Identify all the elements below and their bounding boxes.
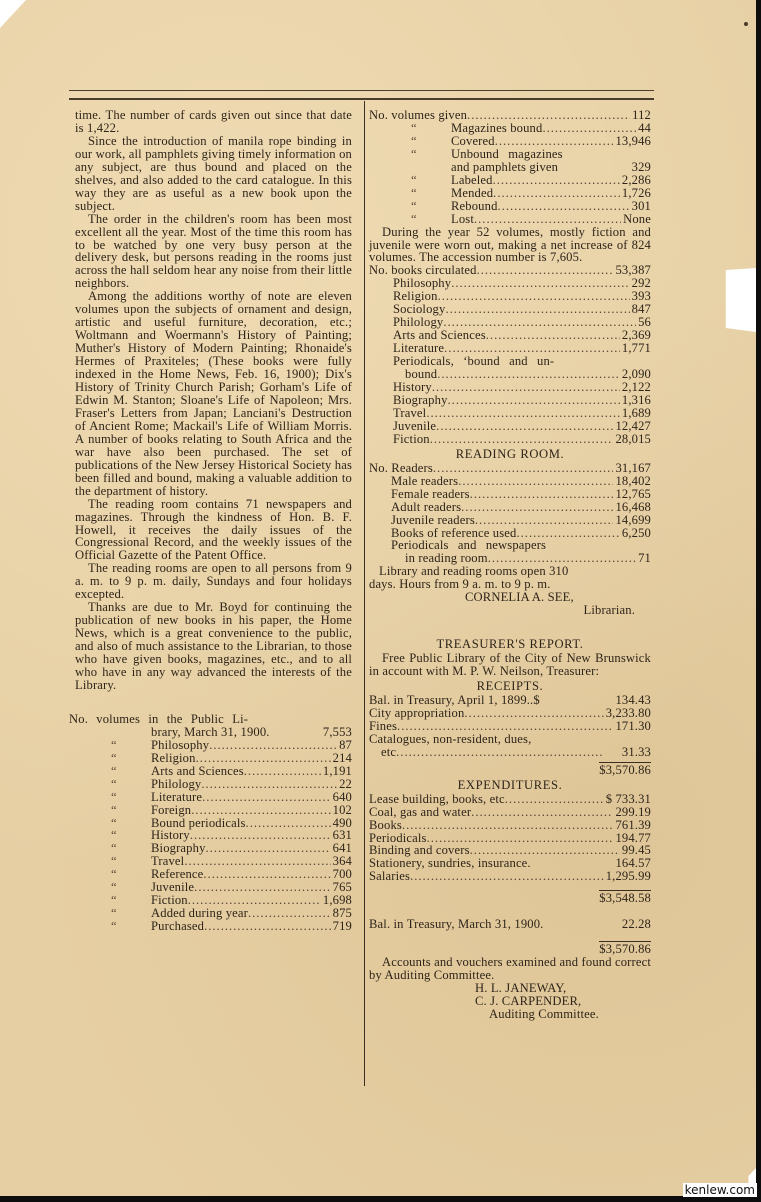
receipt-row: Bal. in Treasury, April 1, 1899..$134.43 (369, 694, 651, 707)
receipt-row: Fines171.30 (369, 720, 651, 733)
reading-room-heading: READING ROOM. (369, 448, 651, 461)
circulation-table: No. books circulated53,387 Philosophy292… (369, 264, 651, 445)
volumes-intro-line1: No. volumes in the Public Li- (69, 713, 352, 726)
volumes-row: “Religion214 (69, 752, 352, 765)
expenditures-total: $3,548.58 (369, 892, 651, 905)
readers-row: Juvenile readers14,699 (369, 514, 651, 527)
readers-row: Female readers12,765 (369, 488, 651, 501)
receipts-total: $3,570.86 (369, 764, 651, 777)
paragraph-additions: Among the additions worthy of note are e… (75, 290, 352, 497)
expenditures-heading: EXPENDITURES. (369, 779, 651, 792)
top-rule (69, 90, 654, 91)
volumes-given-subrow: “Magazines bound44 (369, 122, 651, 135)
paragraph-cards: time. The number of cards given out sinc… (75, 109, 352, 135)
volumes-row: “Foreign102 (69, 804, 352, 817)
scan-border-bottom (0, 1196, 761, 1202)
expenditure-row: Lease building, books, etc$ 733.31 (369, 793, 651, 806)
paragraph-thanks: Thanks are due to Mr. Boyd for continuin… (75, 601, 352, 692)
volumes-row: “Philology22 (69, 778, 352, 791)
volumes-total-value: 7,553 (321, 726, 352, 739)
circulation-row: Biography1,316 (369, 394, 651, 407)
reading-room-table: No. Readers31,167 Male readers18,402 Fem… (369, 462, 651, 617)
receipt-row: Catalogues, non-resident, dues, (369, 733, 651, 746)
paragraph-binding: Since the introduction of manila rope bi… (75, 135, 352, 213)
treasurer-report: TREASURER'S REPORT. Free Public Library … (369, 638, 651, 1021)
volumes-given-row: No. volumes given112 (369, 109, 651, 122)
volumes-row: “Purchased719 (69, 920, 352, 933)
treasurer-intro: Free Public Library of the City of New B… (369, 652, 651, 678)
right-column: No. volumes given112 “Magazines bound44 … (369, 109, 651, 1021)
watermark: kenlew.com (683, 1183, 757, 1197)
volumes-given-subrow: “Labeled2,286 (369, 174, 651, 187)
circulation-row: Juvenile12,427 (369, 420, 651, 433)
left-column: time. The number of cards given out sinc… (75, 109, 352, 933)
volumes-total-row: brary, March 31, 1900. 7,553 (69, 726, 352, 739)
column-divider (364, 101, 365, 1086)
expenditure-row: Books761.39 (369, 819, 651, 832)
treasurer-heading: TREASURER'S REPORT. (369, 638, 651, 651)
circulation-row: Travel1,689 (369, 407, 651, 420)
expenditure-row: Coal, gas and water299.19 (369, 806, 651, 819)
top-double-rule (69, 98, 654, 100)
audit-statement: Accounts and vouchers examined and found… (369, 956, 651, 982)
paragraph-childrens-room: The order in the children's room has bee… (75, 213, 352, 291)
receipt-row-cont: etc31.33 (369, 746, 651, 759)
volumes-row: “Arts and Sciences1,191 (69, 765, 352, 778)
receipt-row: City appropriation3,233.80 (369, 707, 651, 720)
volumes-row: “Literature640 (69, 791, 352, 804)
auditing-committee-title: Auditing Committee. (369, 1008, 651, 1021)
readers-row: Adult readers16,468 (369, 501, 651, 514)
volumes-given-subrow-cont: and pamphlets given329 (369, 161, 651, 174)
closing-balance-row: Bal. in Treasury, March 31, 1900.22.28 (369, 918, 651, 931)
volumes-given-subrow: “Unbound magazines (369, 148, 651, 161)
circulation-row: Fiction28,015 (369, 433, 651, 446)
volumes-given-subrow: “Mended1,726 (369, 187, 651, 200)
readers-row: Male readers18,402 (369, 475, 651, 488)
volumes-given-subrow: “Rebound301 (369, 200, 651, 213)
volumes-given-subrow: “LostNone (369, 213, 651, 226)
expenditure-row: Salaries1,295.99 (369, 870, 651, 883)
paper-speck (744, 22, 748, 26)
volumes-row: “Philosophy87 (69, 739, 352, 752)
librarian-title: Librarian. (369, 604, 651, 617)
volumes-given-table: No. volumes given112 “Magazines bound44 … (369, 109, 651, 226)
volumes-table: No. volumes in the Public Li- brary, Mar… (69, 713, 352, 933)
scan-border-right (756, 0, 761, 1202)
paragraph-hours: The reading rooms are open to all person… (75, 562, 352, 601)
readers-total-row: No. Readers31,167 (369, 462, 651, 475)
paragraph-reading-room: The reading room contains 71 newspapers … (75, 498, 352, 563)
paragraph-worn-out: During the year 52 volumes, mostly ficti… (369, 226, 651, 265)
receipts-heading: RECEIPTS. (369, 680, 651, 693)
